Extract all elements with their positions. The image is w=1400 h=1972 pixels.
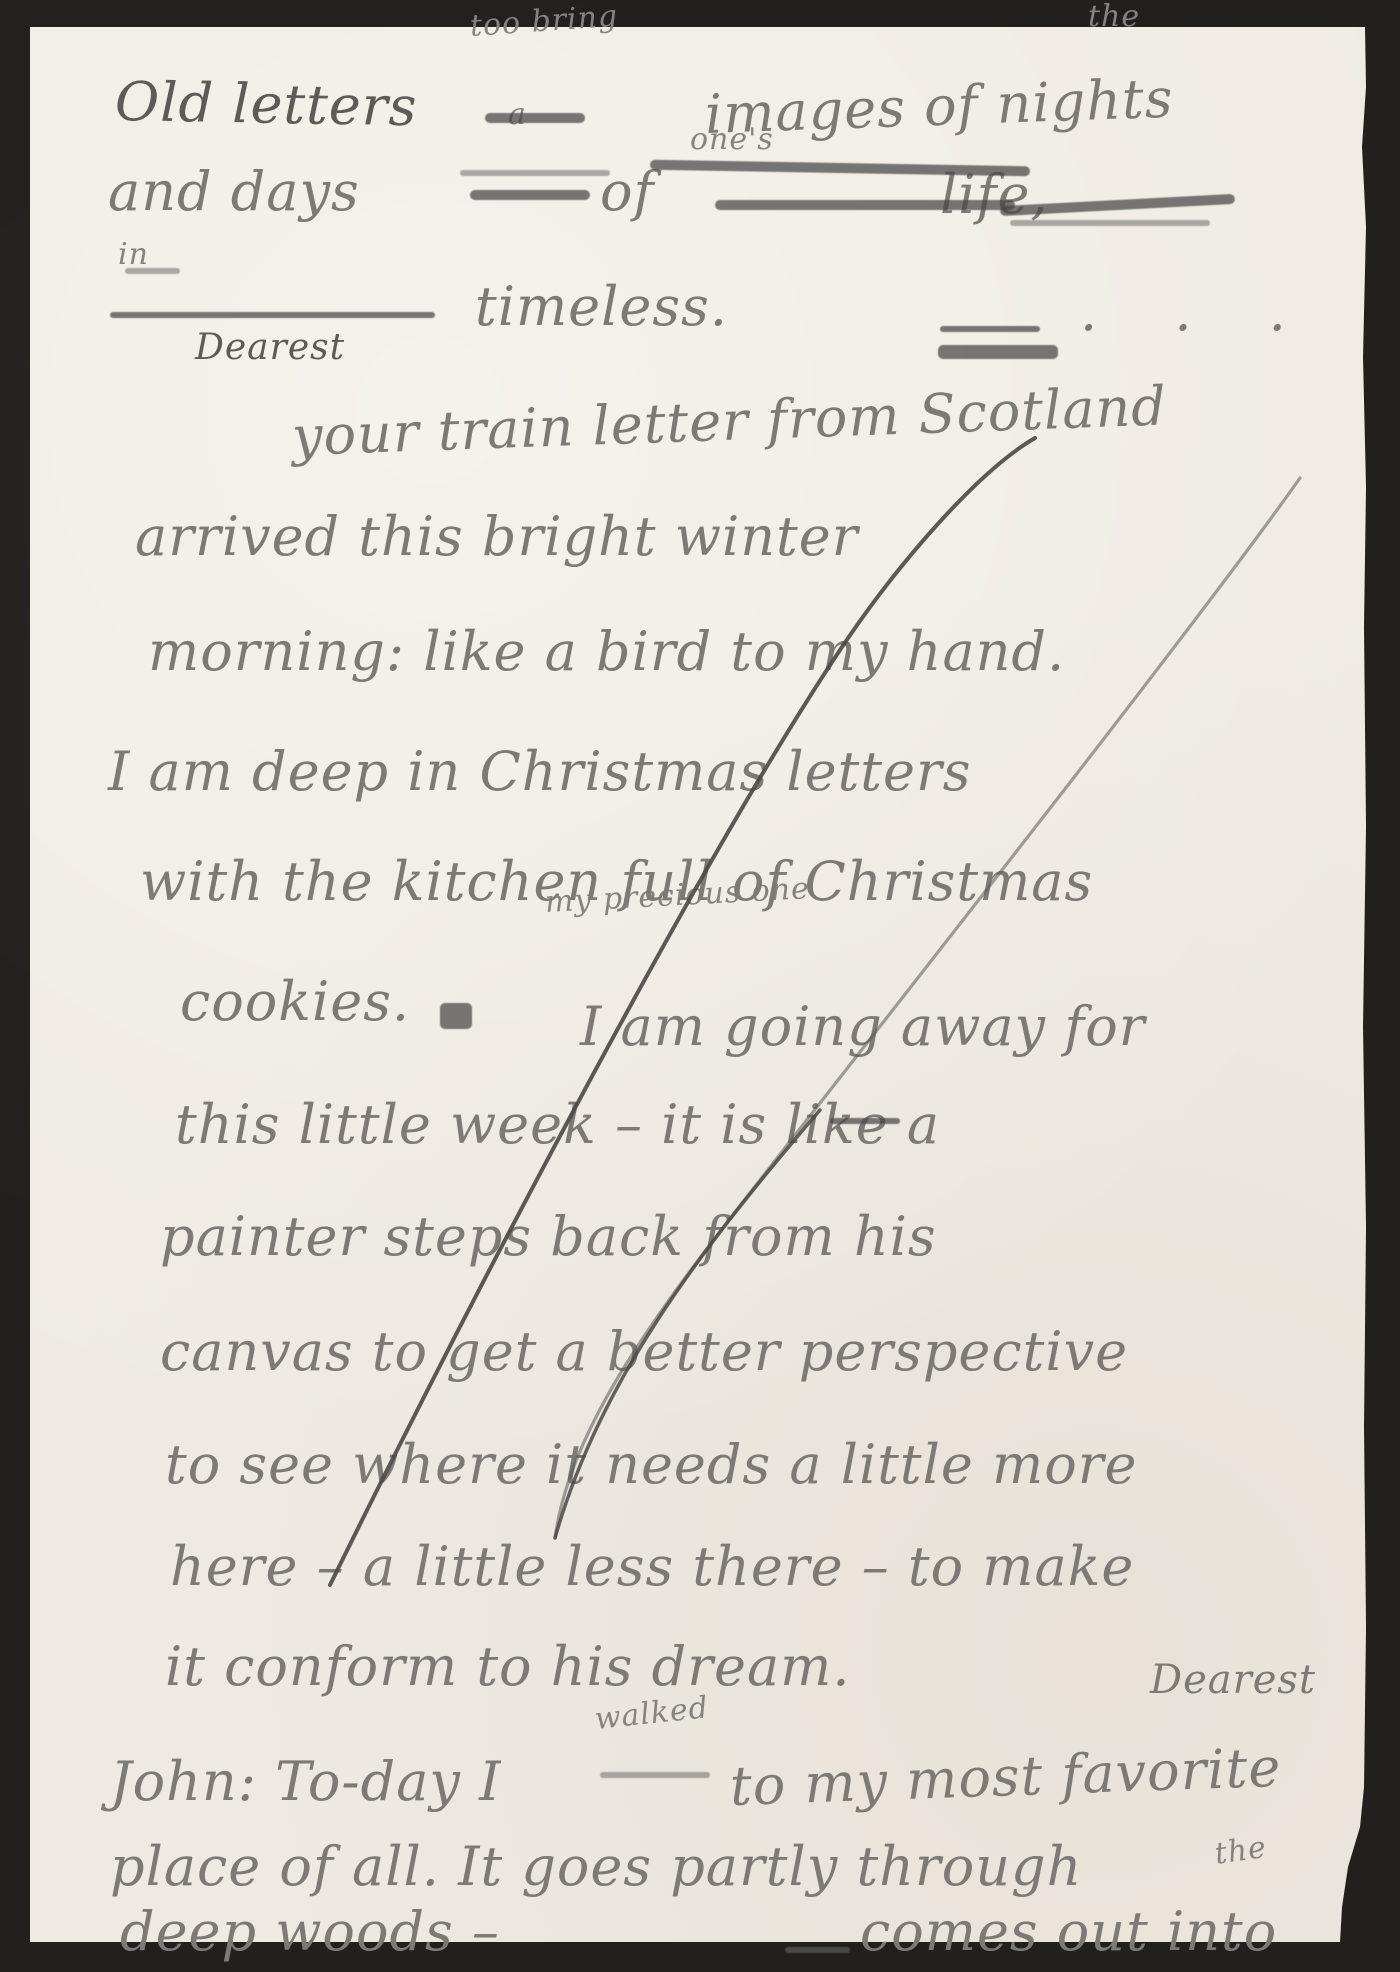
insertion-in: in	[118, 240, 149, 270]
insertion-the: the	[1088, 2, 1140, 32]
line-this-little-week: this little week – it is like a	[175, 1098, 940, 1152]
strikethrough-that	[470, 190, 590, 200]
strikethrough-etc	[940, 326, 1040, 332]
line-to-see-where: to see where it needs a little more	[165, 1438, 1138, 1492]
ellipsis-dots: . . .	[1080, 285, 1316, 339]
line-deep-woods: deep woods –	[120, 1905, 500, 1959]
insertion-the-bottom: the	[1213, 1833, 1269, 1870]
line-comes-out-into: comes out into	[860, 1905, 1277, 1959]
strikethrough-from-time	[110, 312, 435, 318]
line-painter-steps-back: painter steps back from his	[160, 1210, 937, 1264]
line-old-letters: Old letters	[115, 75, 418, 134]
line-cookies: cookies.	[180, 975, 410, 1029]
strikethrough-is	[830, 1118, 900, 1124]
strikethrough-went	[600, 1772, 710, 1778]
strikethrough-from-time-in	[125, 268, 180, 274]
strikethrough-and	[938, 345, 1058, 359]
line-kitchen-full-of-christmas: with the kitchen full of Christmas	[140, 855, 1093, 909]
strikethrough-that-upper	[460, 170, 610, 176]
insertion-dearest: Dearest	[195, 330, 345, 366]
line-going-away: I am going away for	[580, 1000, 1146, 1054]
line-timeless: timeless.	[475, 280, 728, 334]
line-images-of-nights: images of nights	[704, 72, 1174, 142]
strikethrough-my	[715, 200, 1015, 210]
strikethrough-fixed-lower	[1010, 220, 1210, 226]
line-and-days: and days	[108, 165, 360, 219]
line-conform-to-his-dream: it conform to his dream.	[165, 1640, 851, 1694]
line-here-a-little-less: here – a little less there – to make	[170, 1540, 1134, 1594]
strikethrough-then	[785, 1947, 850, 1953]
line-canvas-perspective: canvas to get a better perspective	[160, 1325, 1128, 1379]
line-deep-in-christmas-letters: I am deep in Christmas letters	[108, 745, 971, 799]
line-arrived-this-bright-winter: arrived this bright winter	[135, 510, 859, 564]
line-place-of-all: place of all. It goes partly through	[110, 1840, 1082, 1894]
line-dearest-salutation: Dearest	[1150, 1660, 1316, 1700]
line-morning-like-a-bird: morning: like a bird to my hand.	[148, 625, 1065, 679]
line-john-today: John: To-day I	[110, 1755, 501, 1809]
strikethrough-are	[485, 113, 585, 123]
strikethrough-i	[440, 1003, 472, 1029]
